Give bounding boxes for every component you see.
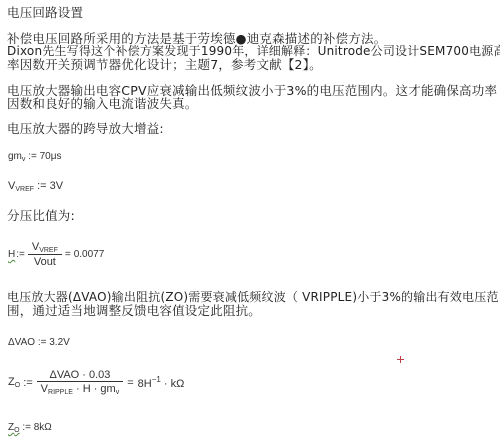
paragraph-line: 因数和良好的输入电流谐波失真。 bbox=[7, 97, 198, 111]
dvao-value: 3.2V bbox=[49, 337, 70, 348]
equals-operator: = bbox=[127, 377, 133, 389]
vref-subscript: VREF bbox=[15, 186, 34, 193]
assign-operator: := bbox=[37, 180, 46, 192]
zo-symbol: ZO bbox=[8, 376, 20, 389]
assign-operator: := bbox=[23, 377, 32, 389]
zo-equation: ZO := ΔVAO · 0.03 VRIPPLE · H · gmv = 8H… bbox=[8, 369, 184, 396]
zo-value-equation: ZO := 8kΩ bbox=[8, 422, 52, 434]
zo-result: 8H−1 · kΩ bbox=[138, 375, 185, 390]
zo-fraction: ΔVAO · 0.03 VRIPPLE · H · gmv bbox=[37, 369, 124, 396]
paragraph-line: 率因数开关预调节器优化设计；主题7，参考文献【2】。 bbox=[7, 58, 322, 72]
fraction-denominator: Vout bbox=[28, 254, 62, 268]
dvao-equation: ΔVAO := 3.2V bbox=[8, 337, 70, 348]
h-fraction: VVREF Vout bbox=[28, 241, 62, 268]
assign-operator: := bbox=[22, 422, 31, 433]
assign-operator: := bbox=[28, 151, 37, 162]
equals-operator: = bbox=[65, 249, 71, 260]
h-symbol: H bbox=[8, 249, 15, 260]
fraction-numerator: VVREF bbox=[28, 241, 62, 254]
fraction-numerator: ΔVAO · 0.03 bbox=[37, 369, 124, 381]
h-equation: H := VVREF Vout = 0.0077 bbox=[8, 241, 104, 268]
gm-equation: gmv := 70μs bbox=[8, 151, 61, 163]
fraction-denominator: VRIPPLE · H · gmv bbox=[37, 381, 124, 396]
paragraph-line: 围，通过适当地调整反馈电容值设定此阻抗。 bbox=[7, 304, 261, 318]
crosshair-icon bbox=[397, 356, 404, 363]
h-result: 0.0077 bbox=[74, 249, 105, 260]
divider-heading: 分压比值为: bbox=[7, 209, 75, 223]
assign-operator: := bbox=[16, 249, 25, 260]
dvao-symbol: ΔVAO bbox=[8, 337, 35, 348]
gm-value: 70μs bbox=[40, 151, 62, 162]
gm-symbol: gm bbox=[8, 151, 22, 162]
vref-equation: VVREF := 3V bbox=[8, 180, 63, 193]
assign-operator: := bbox=[38, 337, 47, 348]
zo-value: 8kΩ bbox=[34, 422, 52, 433]
zo-symbol: ZO bbox=[8, 422, 20, 433]
vref-value: 3V bbox=[50, 180, 63, 192]
transconductance-heading: 电压放大器的跨导放大增益: bbox=[7, 122, 164, 136]
page-title: 电压回路设置 bbox=[7, 6, 83, 20]
gm-subscript: v bbox=[22, 156, 26, 163]
